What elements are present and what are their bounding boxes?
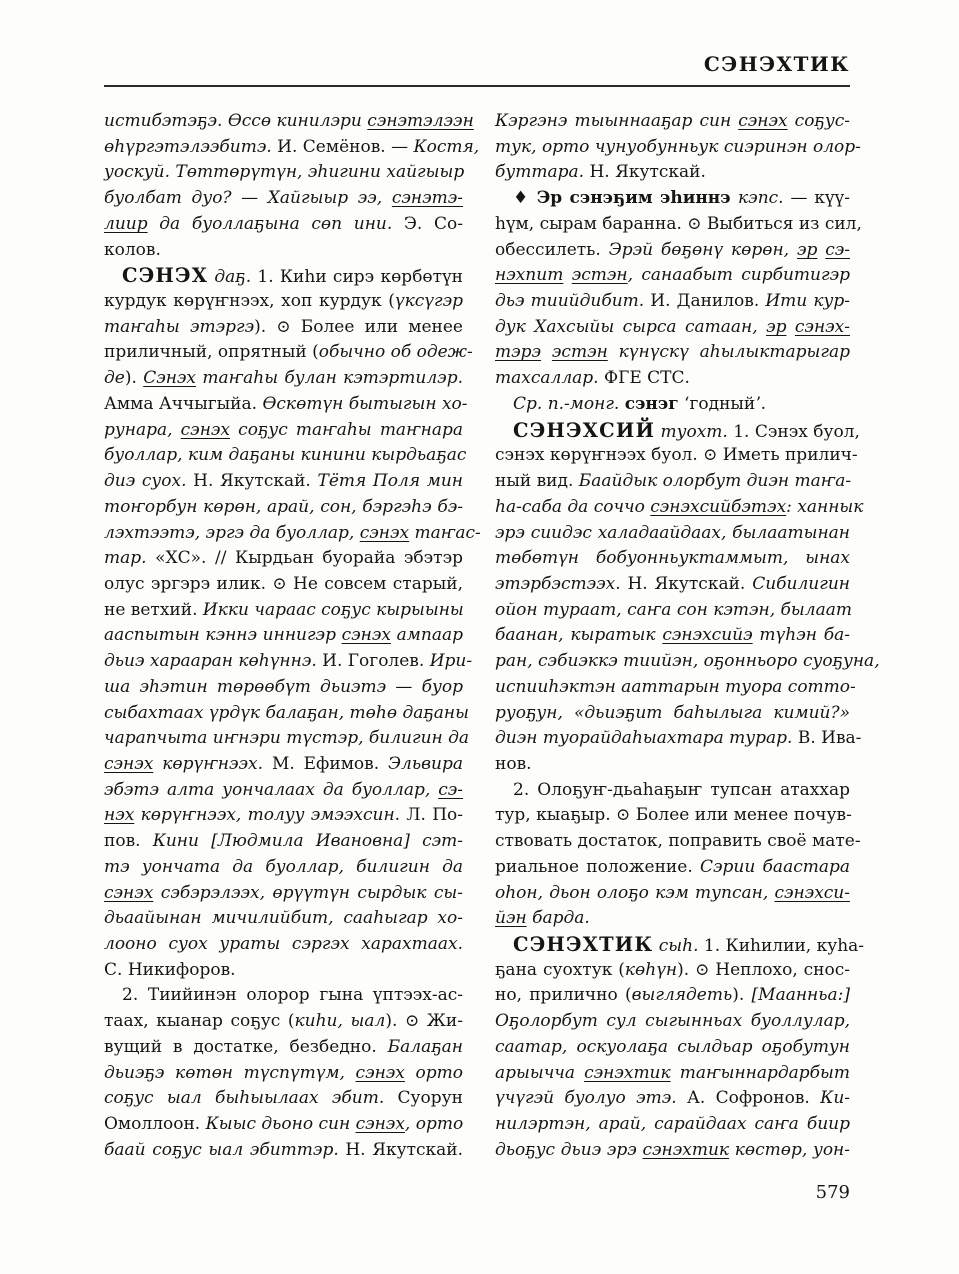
text-run: И. Гоголев. bbox=[322, 651, 430, 671]
text-run: рунара, bbox=[104, 420, 181, 440]
text-run: Икки чараас соҕус кырыыны bbox=[203, 600, 464, 620]
text-run: эрэ сиидэс халадаайдаах, былаатынан bbox=[495, 523, 850, 543]
text-line: дьиэ харааран көһүннэ. И. Гоголев. Ири- bbox=[104, 649, 463, 675]
text-line: соҕус ыал быһыылаах эбит. Суорун bbox=[104, 1086, 463, 1112]
text-run: чарапчыта иҥнэри түстэр, билигин да bbox=[104, 728, 469, 748]
text-run: сыһ. bbox=[659, 936, 699, 956]
text-line: ааспытын кэннэ иннигэр сэнэх ампаар bbox=[104, 623, 463, 649]
text-run: В. Ива- bbox=[798, 728, 862, 748]
text-run: баанан, кыратык bbox=[495, 625, 662, 645]
text-run: ампаар bbox=[391, 625, 463, 645]
text-line: эрэ сиидэс халадаайдаах, былаатынан bbox=[495, 521, 850, 547]
text-line: таҥаһы этэргэ). ⊙ Более или менее bbox=[104, 315, 463, 341]
text-line: буолбат дуо? — Хайгыыр ээ, сэнэтэ- bbox=[104, 186, 463, 212]
text-run: лэхтээтэ, эргэ да буоллар, bbox=[104, 523, 360, 543]
text-run bbox=[563, 265, 571, 285]
text-run: үксүгэр bbox=[395, 291, 463, 311]
headword: СЭНЭХТИК bbox=[513, 933, 653, 956]
text-line: оһон, дьон олоҕо кэм тупсан, сэнэхси- bbox=[495, 881, 850, 907]
text-line: обессилеть. Эрэй бөҕөнү көрөн, эр сэ- bbox=[495, 238, 850, 264]
text-line: һа-саба да соччо сэнэхсийбэтэх: ханнык bbox=[495, 495, 850, 521]
text-line: тур, кыаҕыр. ⊙ Более или менее почув- bbox=[495, 803, 850, 829]
text-run: даҕ. bbox=[214, 267, 251, 287]
column-left: истибэтэҕэ. Өссө кинилэри сэнэтэлээнөһүр… bbox=[104, 109, 463, 1163]
page-number: 579 bbox=[816, 1182, 850, 1203]
text-run bbox=[786, 317, 794, 337]
text-line: испииһэктэн ааттарын туора сотто- bbox=[495, 675, 850, 701]
text-run: сэнэх bbox=[356, 1114, 405, 1134]
text-run: Н. Якутскай. bbox=[627, 574, 752, 594]
text-run: пов. bbox=[104, 831, 153, 851]
text-run: С. Никифоров. bbox=[104, 960, 236, 980]
text-run: тоҥорбун көрөн, арай, сон, бэргэһэ бэ- bbox=[104, 497, 463, 517]
text-run: этэрбэстээх. bbox=[495, 574, 627, 594]
dictionary-page: СЭНЭХТИК истибэтэҕэ. Өссө кинилэри сэнэт… bbox=[0, 0, 959, 1274]
text-run: 1. Сэнэх буол, bbox=[728, 422, 860, 442]
text-run: но, прилично ( bbox=[495, 985, 632, 1005]
text-line: буоллар, ким даҕаны кинини кырдьаҕас bbox=[104, 443, 463, 469]
text-run: сэнэх көрүҥнээх буол. ⊙ Иметь прилич- bbox=[495, 445, 858, 465]
text-line: СЭНЭХСИЙ туохт. 1. Сэнэх буол, bbox=[495, 418, 850, 444]
text-run: нов. bbox=[495, 754, 532, 774]
text-run: күнүскү аһылыктарыгар bbox=[608, 342, 850, 362]
text-run: сэнэх bbox=[356, 1063, 405, 1083]
text-line: пов. Кини [Людмила Ивановна] сэт- bbox=[104, 829, 463, 855]
text-run: ный вид. bbox=[495, 471, 579, 491]
text-line: арыычча сэнэхтик таҥыннардарбыт bbox=[495, 1061, 850, 1087]
text-run: 1. Киһи сирэ көрбөтүн bbox=[251, 267, 463, 287]
text-run: уоскуй. Төттөрүтүн, эһигини хайгыыр bbox=[104, 162, 464, 182]
text-line: нэхпит эстэн, санаабыт сирбитигэр bbox=[495, 263, 850, 289]
text-run: барда. bbox=[527, 908, 590, 928]
text-line: СЭНЭХ даҕ. 1. Киһи сирэ көрбөтүн bbox=[104, 263, 463, 289]
text-run: Баайдык олорбут диэн таҥа- bbox=[579, 471, 851, 491]
text-run: руоҕун, «дьиэҕит баһылыга кимий?» bbox=[495, 703, 850, 723]
text-line: Омоллоон. Кыыс дьоно син сэнэх, орто bbox=[104, 1112, 463, 1138]
text-run: риальное положение. bbox=[495, 857, 700, 877]
text-run: сэнэх- bbox=[795, 317, 850, 337]
text-run: Ити кур- bbox=[765, 291, 850, 311]
text-line: нилэртэн, арай, сарайдаах саҥа биир bbox=[495, 1112, 850, 1138]
text-run: ФГЕ СТС. bbox=[604, 368, 690, 388]
text-run: көрүҥнээх. bbox=[153, 754, 272, 774]
text-line: курдук көрүҥнээх, хоп курдук (үксүгэр bbox=[104, 289, 463, 315]
text-line: тэрэ эстэн күнүскү аһылыктарыгар bbox=[495, 340, 850, 366]
text-run: сэнэхси- bbox=[774, 883, 850, 903]
text-run: Омоллоон. bbox=[104, 1114, 206, 1134]
text-run: сэнэхтик bbox=[643, 1140, 730, 1160]
text-run: үчүгэй буолуо этэ. bbox=[495, 1088, 687, 1108]
text-run: сэнэхсийбэтэх bbox=[650, 497, 786, 517]
text-run: тук, орто чунуобунньук сиэринэн олор- bbox=[495, 137, 861, 157]
text-run: диэ суох. bbox=[104, 471, 193, 491]
text-run: дьэ тиийдибит. bbox=[495, 291, 650, 311]
text-run: буттара. bbox=[495, 162, 589, 182]
text-run: олус эргэрэ илик. ⊙ Не совсем старый, bbox=[104, 574, 463, 594]
text-run: ʻгодныйʼ. bbox=[679, 394, 766, 414]
text-run: И. Семёнов. — bbox=[277, 137, 413, 157]
text-run: сэ- bbox=[825, 240, 850, 260]
text-run: Н. Якутскай. bbox=[345, 1140, 463, 1160]
text-run: Э. Со- bbox=[404, 214, 463, 234]
header-rule bbox=[104, 85, 850, 87]
text-run: колов. bbox=[104, 240, 161, 260]
text-run: тэ уончата да буоллар, билигин да bbox=[104, 857, 463, 877]
text-run: ша эһэтин төрөөбүт дьиэтэ — буор bbox=[104, 677, 463, 697]
text-run: арыычча bbox=[495, 1063, 584, 1083]
text-run: ). ⊙ Неплохо, снос- bbox=[677, 960, 850, 980]
text-line: дьаайынан мичилийбит, сааһыгар хо- bbox=[104, 906, 463, 932]
text-run: тэрэ bbox=[495, 342, 541, 362]
text-run: [Маанньа:] bbox=[752, 985, 850, 1005]
text-run: ойон тураат, саҥа сон кэтэн, былаат bbox=[495, 600, 852, 620]
text-run: эбэтэ алта уончалаах да буоллар, bbox=[104, 780, 438, 800]
text-line: саатар, оскуолаҕа сылдьар оҕобутун bbox=[495, 1035, 850, 1061]
text-line: тоҥорбун көрөн, арай, сон, бэргэһэ бэ- bbox=[104, 495, 463, 521]
text-run: лиир bbox=[104, 214, 148, 234]
text-run: курдук көрүҥнээх, хоп курдук ( bbox=[104, 291, 395, 311]
text-run: сэ- bbox=[438, 780, 463, 800]
text-line: дьиэҕэ көтөн түспүтүм, сэнэх орто bbox=[104, 1061, 463, 1087]
text-run: таҥыннардарбыт bbox=[671, 1063, 850, 1083]
text-run: сыбахтаах үрдүк балаҕан, төһө даҕаны bbox=[104, 703, 469, 723]
text-run: Эльвира bbox=[388, 754, 463, 774]
text-run: көстөр, уон- bbox=[729, 1140, 850, 1160]
text-run: буоллар, ким даҕаны кинини кырдьаҕас bbox=[104, 445, 466, 465]
text-run: эстэн bbox=[552, 342, 608, 362]
column-right: Кэргэнэ тыыннааҕар син сэнэх соҕус-тук, … bbox=[495, 109, 850, 1163]
text-line: ша эһэтин төрөөбүт дьиэтэ — буор bbox=[104, 675, 463, 701]
text-run: приличный, опрятный ( bbox=[104, 342, 319, 362]
text-line: диэ суох. Н. Якутскай. Тётя Поля мин bbox=[104, 469, 463, 495]
text-run: соҕус ыал быһыылаах эбит. bbox=[104, 1088, 398, 1108]
text-line: Амма Аччыгыйа. Өскөтүн бытыгын хо- bbox=[104, 392, 463, 418]
text-run: Суорун bbox=[398, 1088, 463, 1108]
text-run: сэбэрэлээх, өрүүтүн сырдык сы- bbox=[153, 883, 463, 903]
running-head: СЭНЭХТИК bbox=[704, 52, 850, 76]
text-run: , санаабыт сирбитигэр bbox=[628, 265, 850, 285]
text-run: таҥас- bbox=[409, 523, 481, 543]
text-line: де). Сэнэх таҥаһы булан кэтэртилэр. bbox=[104, 366, 463, 392]
text-run: Амма Аччыгыйа. bbox=[104, 394, 262, 414]
text-run: сэнэх bbox=[360, 523, 409, 543]
text-run: таҥаһы булан кэтэртилэр. bbox=[196, 368, 463, 388]
text-run: Өскөтүн бытыгын хо- bbox=[262, 394, 467, 414]
text-line: нэх көрүҥнээх, толуу эмээхсин. Л. По- bbox=[104, 803, 463, 829]
text-line: тахсаллар. ФГЕ СТС. bbox=[495, 366, 850, 392]
text-run bbox=[541, 342, 552, 362]
text-line: үчүгэй буолуо этэ. А. Софронов. Ки- bbox=[495, 1086, 850, 1112]
text-run: Ср. п.-монг. bbox=[513, 394, 625, 414]
text-run: сэнэхтик bbox=[584, 1063, 671, 1083]
text-line: Оҕолорбут сул сыгынньах буоллулар, bbox=[495, 1009, 850, 1035]
text-run: ствовать достаток, поправить своё мате- bbox=[495, 831, 861, 851]
text-line: С. Никифоров. bbox=[104, 958, 463, 984]
text-line: 2. Тиийинэн олорор гына үптээх-ас- bbox=[104, 983, 463, 1009]
text-run: төбөтүн бобуонньуктаммыт, ынах bbox=[495, 548, 850, 568]
text-run: орто bbox=[405, 1063, 463, 1083]
text-line: баанан, кыратык сэнэхсийэ түһэн ба- bbox=[495, 623, 850, 649]
text-run: соҕус- bbox=[788, 111, 850, 131]
text-line: чарапчыта иҥнэри түстэр, билигин да bbox=[104, 726, 463, 752]
text-run: Н. Якутскай. bbox=[193, 471, 317, 491]
text-run: Кыыс дьоно син bbox=[206, 1114, 356, 1134]
text-run: таҥаһы этэргэ bbox=[104, 317, 254, 337]
text-run: выглядеть bbox=[632, 985, 733, 1005]
text-run: дьиэҕэ көтөн түспүтүм, bbox=[104, 1063, 356, 1083]
text-line: ран, сэбиэккэ тиийэн, оҕонньоро суоҕуна, bbox=[495, 649, 850, 675]
text-run: Костя, bbox=[414, 137, 480, 157]
text-run: «ХС». // Кырдьан буорайа эбэтэр bbox=[147, 548, 463, 568]
text-line: риальное положение. Сэрии баастара bbox=[495, 855, 850, 881]
text-run: саатар, оскуолаҕа сылдьар оҕобутун bbox=[495, 1037, 850, 1057]
text-line: руоҕун, «дьиэҕит баһылыга кимий?» bbox=[495, 701, 850, 727]
text-line: не ветхий. Икки чараас соҕус кырыыны bbox=[104, 598, 463, 624]
text-line: нов. bbox=[495, 752, 850, 778]
text-run: туохт. bbox=[660, 422, 727, 442]
text-run: 2. Тиийинэн олорор гына үптээх-ас- bbox=[122, 985, 463, 1005]
text-run: сэнэтэ- bbox=[392, 188, 463, 208]
text-run: Сэрии баастара bbox=[700, 857, 850, 877]
text-line: уоскуй. Төттөрүтүн, эһигини хайгыыр bbox=[104, 160, 463, 186]
text-run: Тётя Поля мин bbox=[318, 471, 463, 491]
text-run: вущий в достатке, безбедно. bbox=[104, 1037, 388, 1057]
text-line: этэрбэстээх. Н. Якутскай. Сибилигин bbox=[495, 572, 850, 598]
text-run: тахсаллар. bbox=[495, 368, 604, 388]
text-line: колов. bbox=[104, 238, 463, 264]
text-run: испииһэктэн ааттарын туора сотто- bbox=[495, 677, 856, 697]
text-run: Сэнэх bbox=[143, 368, 196, 388]
text-run: ааспытын кэннэ иннигэр bbox=[104, 625, 342, 645]
text-run: дук Хахсыйы сырса сатаан, bbox=[495, 317, 766, 337]
text-line: дьэ тиийдибит. И. Данилов. Ити кур- bbox=[495, 289, 850, 315]
text-run: өһүргэтэлээбитэ. bbox=[104, 137, 277, 157]
text-line: йэн барда. bbox=[495, 906, 850, 932]
text-run: сэнэх bbox=[738, 111, 787, 131]
text-line: сыбахтаах үрдүк балаҕан, төһө даҕаны bbox=[104, 701, 463, 727]
text-line: лэхтээтэ, эргэ да буоллар, сэнэх таҥас- bbox=[104, 521, 463, 547]
text-run: таах, кыанар соҕус ( bbox=[104, 1011, 294, 1031]
text-line: ♦ Эр сэнэҕим эһиннэ кэпс. — күү- bbox=[495, 186, 850, 212]
text-line: но, прилично (выглядеть). [Маанньа:] bbox=[495, 983, 850, 1009]
text-line: олус эргэрэ илик. ⊙ Не совсем старый, bbox=[104, 572, 463, 598]
text-line: тар. «ХС». // Кырдьан буорайа эбэтэр bbox=[104, 546, 463, 572]
text-run: Оҕолорбут сул сыгынньах буоллулар, bbox=[495, 1011, 850, 1031]
text-run: киһи, ыал bbox=[294, 1011, 385, 1031]
text-run: нэх bbox=[104, 805, 134, 825]
text-run: баай соҕус ыал эбиттэр. bbox=[104, 1140, 345, 1160]
text-line: эбэтэ алта уончалаах да буоллар, сэ- bbox=[104, 778, 463, 804]
text-run: ҕана суохтук ( bbox=[495, 960, 625, 980]
text-run: ран, сэбиэккэ тиийэн, оҕонньоро суоҕуна, bbox=[495, 651, 880, 671]
text-run: , орто bbox=[405, 1114, 463, 1134]
text-run: Л. По- bbox=[406, 805, 463, 825]
text-line: вущий в достатке, безбедно. Балаҕан bbox=[104, 1035, 463, 1061]
text-line: буттара. Н. Якутскай. bbox=[495, 160, 850, 186]
text-line: лооно суох ураты сэргэх харахтаах. bbox=[104, 932, 463, 958]
text-run: тур, кыаҕыр. ⊙ Более или менее почув- bbox=[495, 805, 852, 825]
text-run: ). bbox=[732, 985, 751, 1005]
text-run: Балаҕан bbox=[388, 1037, 463, 1057]
text-run: нилэртэн, арай, сарайдаах саҥа биир bbox=[495, 1114, 850, 1134]
text-run: һүм, сырам баранна. ⊙ Выбиться из сил, bbox=[495, 214, 862, 234]
text-run: ). ⊙ Жи- bbox=[385, 1011, 463, 1031]
text-line: рунара, сэнэх соҕус таҥаһы таҥнара bbox=[104, 418, 463, 444]
text-run: дьиэ харааран көһүннэ. bbox=[104, 651, 322, 671]
text-line: ҕана суохтук (көһүн). ⊙ Неплохо, снос- bbox=[495, 958, 850, 984]
text-line: дук Хахсыйы сырса сатаан, эр сэнэх- bbox=[495, 315, 850, 341]
text-line: диэн туорайдаһыахтара турар. В. Ива- bbox=[495, 726, 850, 752]
text-run: обычно об одеж- bbox=[319, 342, 473, 362]
text-run: — күү- bbox=[784, 188, 850, 208]
text-line: сэнэх көрүҥнээх. М. Ефимов. Эльвира bbox=[104, 752, 463, 778]
text-line: СЭНЭХТИК сыһ. 1. Киһилии, куһа- bbox=[495, 932, 850, 958]
text-line: тэ уончата да буоллар, билигин да bbox=[104, 855, 463, 881]
text-run: көрүҥнээх, толуу эмээхсин. bbox=[134, 805, 406, 825]
text-line: баай соҕус ыал эбиттэр. Н. Якутскай. bbox=[104, 1138, 463, 1164]
text-run: Эрэй бөҕөнү көрөн, bbox=[609, 240, 797, 260]
text-line: Ср. п.-монг. сэнэг ʻгодныйʼ. bbox=[495, 392, 850, 418]
text-run: ). bbox=[125, 368, 143, 388]
text-run: лооно суох ураты сэргэх харахтаах. bbox=[104, 934, 463, 954]
text-line: сэнэх көрүҥнээх буол. ⊙ Иметь прилич- bbox=[495, 443, 850, 469]
text-line: ойон тураат, саҥа сон кэтэн, былаат bbox=[495, 598, 850, 624]
text-run: сэнэхсийэ bbox=[662, 625, 752, 645]
text-run: Н. Якутскай. bbox=[589, 162, 705, 182]
text-run: түһэн ба- bbox=[753, 625, 850, 645]
text-run: не ветхий. bbox=[104, 600, 203, 620]
text-run: эр bbox=[766, 317, 786, 337]
text-run: йэн bbox=[495, 908, 527, 928]
text-run: Кэргэнэ тыыннааҕар син bbox=[495, 111, 738, 131]
text-line: ный вид. Баайдык олорбут диэн таҥа- bbox=[495, 469, 850, 495]
text-run: 1. Киһилии, куһа- bbox=[699, 936, 865, 956]
text-run: оһон, дьон олоҕо кэм тупсан, bbox=[495, 883, 774, 903]
text-line: приличный, опрятный (обычно об одеж- bbox=[104, 340, 463, 366]
text-line: лиир да буоллаҕына сөп ини. Э. Со- bbox=[104, 212, 463, 238]
text-line: Кэргэнэ тыыннааҕар син сэнэх соҕус- bbox=[495, 109, 850, 135]
text-run: көһүн bbox=[625, 960, 677, 980]
text-run: да буоллаҕына сөп ини. bbox=[148, 214, 404, 234]
text-run: соҕус таҥаһы таҥнара bbox=[230, 420, 463, 440]
text-line: төбөтүн бобуонньуктаммыт, ынах bbox=[495, 546, 850, 572]
text-line: һүм, сырам баранна. ⊙ Выбиться из сил, bbox=[495, 212, 850, 238]
text-run: тар. bbox=[104, 548, 147, 568]
text-run: А. Софронов. bbox=[687, 1088, 820, 1108]
headword: СЭНЭХСИЙ bbox=[513, 419, 655, 442]
text-run: де bbox=[104, 368, 125, 388]
text-run: сэнэг bbox=[625, 394, 679, 414]
text-run: сэнэх bbox=[104, 883, 153, 903]
text-run: 2. Олоҕуҥ-дьаһаҕыҥ тупсан атаххар bbox=[513, 780, 850, 800]
text-run: сэнэх bbox=[181, 420, 230, 440]
text-line: 2. Олоҕуҥ-дьаһаҕыҥ тупсан атаххар bbox=[495, 778, 850, 804]
text-run: ♦ bbox=[513, 188, 537, 208]
text-run: эр bbox=[797, 240, 817, 260]
text-run: һа-саба да соччо bbox=[495, 497, 650, 517]
text-run: ). ⊙ Более или менее bbox=[254, 317, 463, 337]
text-run: обессилеть. bbox=[495, 240, 609, 260]
text-run: нэхпит bbox=[495, 265, 563, 285]
text-line: сэнэх сэбэрэлээх, өрүүтүн сырдык сы- bbox=[104, 881, 463, 907]
text-run: дьоҕус дьиэ эрэ bbox=[495, 1140, 643, 1160]
text-line: тук, орто чунуобунньук сиэринэн олор- bbox=[495, 135, 850, 161]
text-run: Кини [Людмила Ивановна] сэт- bbox=[153, 831, 463, 851]
text-run: сэнэх bbox=[104, 754, 153, 774]
text-run: эстэн bbox=[572, 265, 628, 285]
headword: СЭНЭХ bbox=[122, 264, 208, 287]
text-run: дьаайынан мичилийбит, сааһыгар хо- bbox=[104, 908, 463, 928]
text-line: ствовать достаток, поправить своё мате- bbox=[495, 829, 850, 855]
text-run: диэн туорайдаһыахтара турар. bbox=[495, 728, 798, 748]
text-run: сэнэх bbox=[342, 625, 391, 645]
text-run: И. Данилов. bbox=[650, 291, 765, 311]
text-run: Ки- bbox=[820, 1088, 850, 1108]
text-run: Сибилигин bbox=[752, 574, 850, 594]
text-run: сэнэтэлээн bbox=[367, 111, 473, 131]
text-run: буолбат дуо? — Хайгыыр ээ, bbox=[104, 188, 392, 208]
text-run: кэпс. bbox=[738, 188, 784, 208]
text-run: Эр сэнэҕим эһиннэ bbox=[537, 188, 738, 208]
text-line: истибэтэҕэ. Өссө кинилэри сэнэтэлээн bbox=[104, 109, 463, 135]
text-run: М. Ефимов. bbox=[272, 754, 388, 774]
text-line: дьоҕус дьиэ эрэ сэнэхтик көстөр, уон- bbox=[495, 1138, 850, 1164]
text-run: : ханнык bbox=[786, 497, 863, 517]
text-run: Ири- bbox=[430, 651, 472, 671]
text-run: истибэтэҕэ. Өссө кинилэри bbox=[104, 111, 367, 131]
text-line: таах, кыанар соҕус (киһи, ыал). ⊙ Жи- bbox=[104, 1009, 463, 1035]
text-line: өһүргэтэлээбитэ. И. Семёнов. — Костя, bbox=[104, 135, 463, 161]
